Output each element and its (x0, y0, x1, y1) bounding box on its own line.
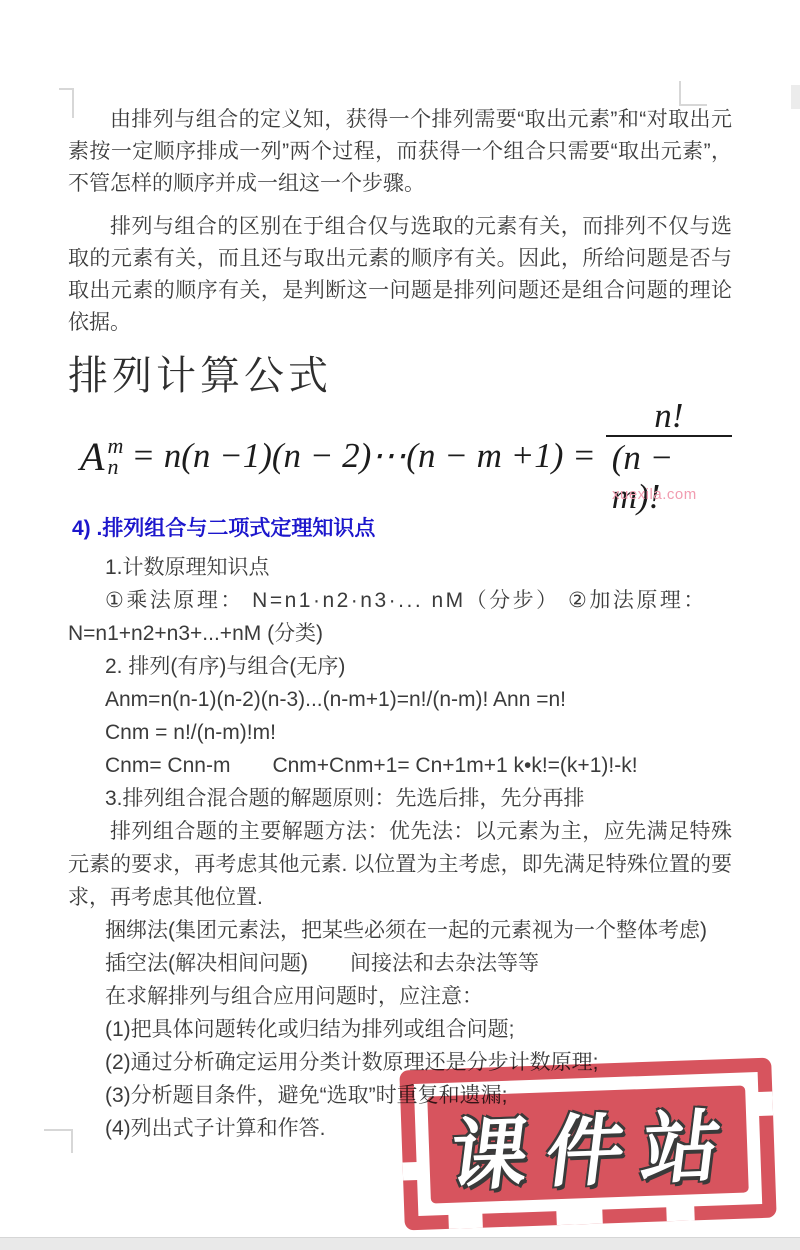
section-heading: 4) .排列组合与二项式定理知识点 (72, 515, 732, 542)
text-line: Anm=n(n-1)(n-2)(n-3)...(n-m+1)=n!/(n-m)!… (68, 683, 732, 716)
text-line: 在求解排列与组合应用问题时，应注意： (68, 980, 732, 1013)
stamp-background: 课件站 (427, 1085, 749, 1203)
formula-base: A (80, 433, 104, 480)
text-line: 2. 排列(有序)与组合(无序) (68, 650, 732, 683)
stamp-rough-gap (757, 1092, 773, 1117)
formula-superscript: m (107, 435, 123, 456)
text-line: Cnm = n!/(n-m)!m! (68, 716, 732, 749)
text-line: 3.排列组合混合题的解题原则：先选后排，先分再排 (68, 782, 732, 815)
formula-subscript: n (107, 456, 118, 477)
bottom-window-bar (0, 1237, 800, 1250)
text-line: 插空法(解决相间问题) 间接法和去杂法等等 (68, 947, 732, 980)
text-line: N=n1+n2+n3+...+nM (分类) (68, 617, 732, 650)
paragraph: 排列与组合的区别在于组合仅与选取的元素有关，而排列不仅与选取的元素有关，而且还与… (68, 211, 732, 339)
text-boundary-mark-top-right (679, 81, 707, 106)
text-line: ①乘法原理： N=n1·n2·n3·... nM（分步） ②加法原理： (68, 584, 732, 617)
kejianzhan-stamp: 课件站 (399, 1058, 776, 1231)
fraction-numerator: n! (654, 396, 683, 435)
formula-scripts: m n (107, 435, 123, 477)
knowledge-point-list: 1.计数原理知识点 ①乘法原理： N=n1·n2·n3·... nM（分步） ②… (68, 551, 732, 1145)
page-edge-artifact (791, 85, 800, 109)
fraction-denominator: (n − m)! (606, 435, 732, 516)
text-line: (1)把具体问题转化或归结为排列或组合问题; (68, 1013, 732, 1046)
stamp-rough-gap (448, 1213, 483, 1229)
site-watermark: xuexila.com (612, 486, 697, 503)
paragraph: 排列组合题的主要解题方法：优先法：以元素为主，应先满足特殊元素的要求，再考虑其他… (68, 815, 732, 914)
paragraph: 由排列与组合的定义知，获得一个排列需要“取出元素”和“对取出元素按一定顺序排成一… (68, 104, 732, 200)
formula-expression: = n(n −1)(n − 2)⋯(n − m +1) = (131, 436, 595, 476)
stamp-text: 课件站 (430, 1083, 746, 1206)
text-line: 捆绑法(集团元素法，把某些必须在一起的元素视为一个整体考虑) (68, 914, 732, 947)
stamp-rough-gap (666, 1205, 695, 1221)
stamp-rough-gap (556, 1209, 602, 1226)
document-content: 由排列与组合的定义知，获得一个排列需要“取出元素”和“对取出元素按一定顺序排成一… (68, 104, 732, 1145)
stamp-rough-gap (403, 1162, 419, 1181)
document-page: { "document": { "paragraphs": { "p1": "由… (0, 0, 800, 1250)
text-line: 1.计数原理知识点 (68, 551, 732, 584)
text-line: Cnm= Cnn-m Cnm+Cnm+1= Cn+1m+1 k•k!=(k+1)… (68, 749, 732, 782)
